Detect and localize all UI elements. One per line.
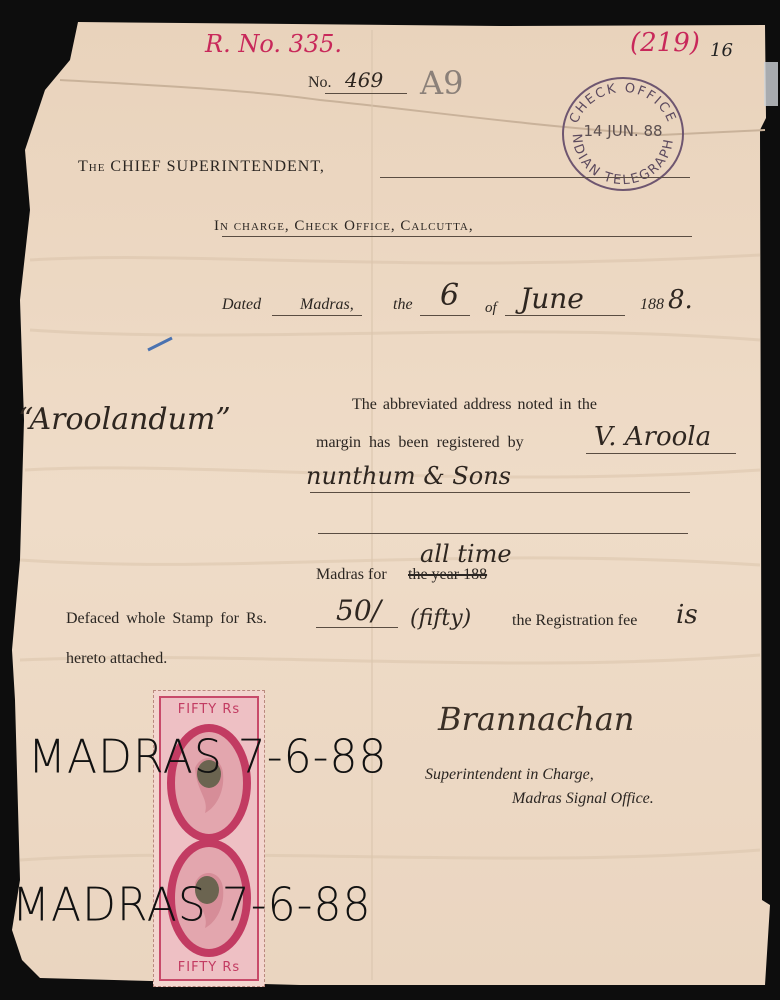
dated-day: 6 bbox=[440, 278, 459, 313]
document-page: R. No. 335. (219) 16 No. 469 A9 CHECK OF… bbox=[0, 0, 780, 1000]
cancellation-postmark: MADRAS 7-6-88 bbox=[12, 879, 371, 933]
addressee-line1: The CHIEF SUPERINTENDENT, bbox=[78, 158, 325, 176]
year-suffix: 8. bbox=[668, 285, 693, 315]
margin-abbreviated-address: “Aroolandum” bbox=[18, 402, 231, 437]
madras-for-label: Madras for bbox=[316, 566, 387, 584]
dated-place: Madras, bbox=[300, 296, 354, 314]
of-label: of bbox=[485, 300, 497, 317]
file-number: (219) bbox=[630, 28, 700, 58]
reference-number: R. No. 335. bbox=[205, 30, 342, 58]
stamp-top-label: FIFTY Rs bbox=[161, 702, 257, 717]
inserted-period-text: all time bbox=[420, 540, 512, 568]
pencil-page-number: 16 bbox=[710, 40, 733, 61]
seal-top-text: CHECK OFFICE bbox=[567, 81, 679, 126]
signature-title-line2: Madras Signal Office. bbox=[512, 790, 654, 808]
fee-suffix-hand: is bbox=[676, 600, 698, 630]
registrant-name-part2: nunthum & Sons bbox=[306, 462, 511, 490]
cancellation-postmark: MADRAS 7-6-88 bbox=[28, 731, 387, 785]
year-prefix: 188 bbox=[640, 296, 664, 314]
dated-label: Dated bbox=[222, 296, 261, 314]
pencil-mark: A9 bbox=[420, 64, 463, 102]
the-label: the bbox=[393, 296, 413, 314]
number-label: No. bbox=[308, 74, 332, 92]
superintendent-signature: Brannachan bbox=[438, 700, 634, 738]
seal-date: 14 JUN. 88 bbox=[583, 122, 662, 140]
fee-amount: 50/ bbox=[336, 594, 381, 627]
dated-month: June bbox=[520, 282, 584, 315]
fee-line2: hereto attached. bbox=[66, 650, 167, 668]
addressee-line2: In charge, Check Office, Calcutta, bbox=[214, 218, 474, 235]
body-line1: The abbreviated address noted in the bbox=[352, 396, 597, 414]
svg-text:CHECK OFFICE: CHECK OFFICE bbox=[567, 81, 679, 126]
body-line2: margin has been registered by bbox=[316, 434, 524, 452]
number-value: 469 bbox=[345, 68, 383, 92]
fee-suffix: the Registration fee bbox=[512, 612, 637, 630]
registrant-name-part1: V. Aroola bbox=[594, 422, 711, 452]
signature-title-line1: Superintendent in Charge, bbox=[425, 766, 594, 784]
stamp-bottom-label: FIFTY Rs bbox=[161, 960, 257, 975]
struck-period-text: the year 188 bbox=[408, 566, 487, 584]
fee-prefix: Defaced whole Stamp for Rs. bbox=[66, 610, 267, 628]
fee-amount-words: (fifty) bbox=[410, 606, 471, 631]
